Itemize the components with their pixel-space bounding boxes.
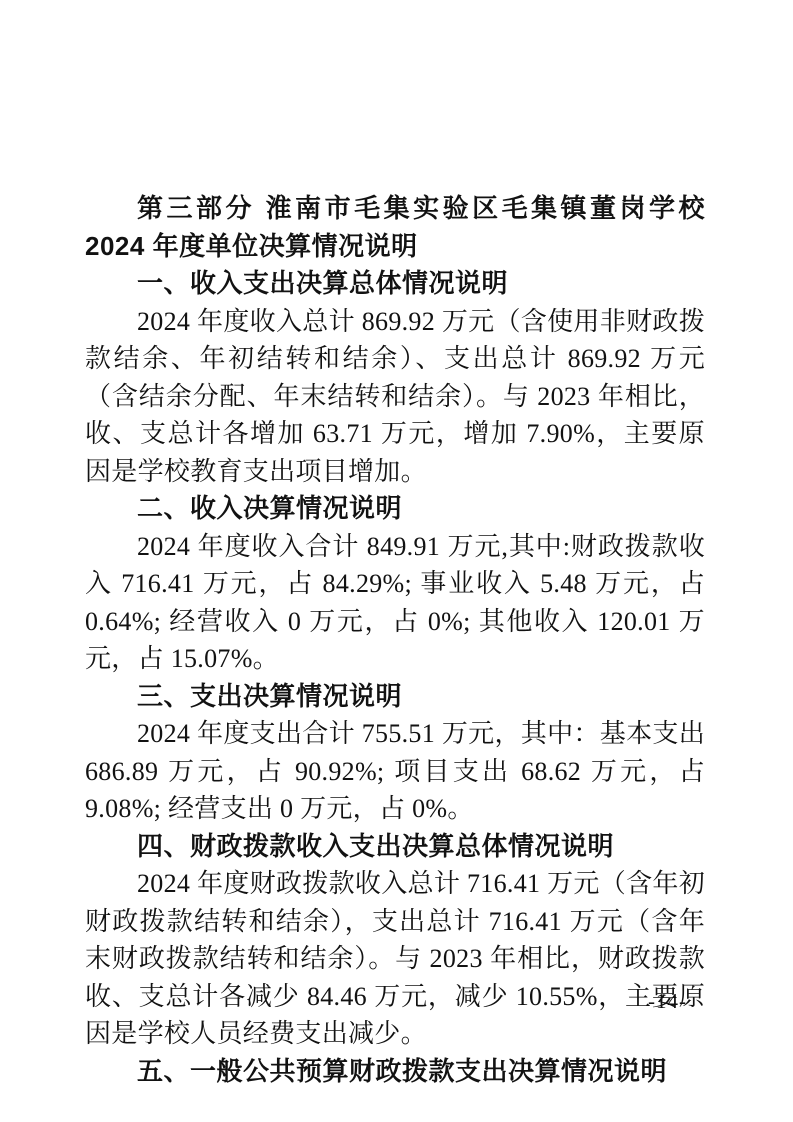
section-general-public-budget: 五、一般公共预算财政拨款支出决算情况说明 bbox=[85, 1053, 705, 1091]
section-2-heading: 二、收入决算情况说明 bbox=[85, 490, 705, 528]
section-3-heading: 三、支出决算情况说明 bbox=[85, 678, 705, 716]
document-title: 第三部分 淮南市毛集实验区毛集镇董岗学校 2024 年度单位决算情况说明 bbox=[85, 190, 705, 265]
section-income-expenditure-overview: 一、收入支出决算总体情况说明 2024 年度收入总计 869.92 万元（含使用… bbox=[85, 265, 705, 490]
section-income-details: 二、收入决算情况说明 2024 年度收入合计 849.91 万元,其中:财政拨款… bbox=[85, 490, 705, 678]
section-1-heading: 一、收入支出决算总体情况说明 bbox=[85, 265, 705, 303]
section-2-body: 2024 年度收入合计 849.91 万元,其中:财政拨款收入 716.41 万… bbox=[85, 528, 705, 678]
section-fiscal-appropriation-overview: 四、财政拨款收入支出决算总体情况说明 2024 年度财政拨款收入总计 716.4… bbox=[85, 828, 705, 1053]
section-3-body: 2024 年度支出合计 755.51 万元，其中：基本支出 686.89 万元，… bbox=[85, 715, 705, 828]
document-content: 第三部分 淮南市毛集实验区毛集镇董岗学校 2024 年度单位决算情况说明 一、收… bbox=[85, 190, 705, 1090]
section-1-body: 2024 年度收入总计 869.92 万元（含使用非财政拨款结余、年初结转和结余… bbox=[85, 303, 705, 491]
section-4-body: 2024 年度财政拨款收入总计 716.41 万元（含年初财政拨款结转和结余），… bbox=[85, 865, 705, 1053]
section-4-heading: 四、财政拨款收入支出决算总体情况说明 bbox=[85, 828, 705, 866]
document-page: 第三部分 淮南市毛集实验区毛集镇董岗学校 2024 年度单位决算情况说明 一、收… bbox=[0, 0, 793, 1122]
page-number: -14- bbox=[648, 988, 687, 1014]
section-expenditure-details: 三、支出决算情况说明 2024 年度支出合计 755.51 万元，其中：基本支出… bbox=[85, 678, 705, 828]
section-5-heading: 五、一般公共预算财政拨款支出决算情况说明 bbox=[85, 1053, 705, 1091]
